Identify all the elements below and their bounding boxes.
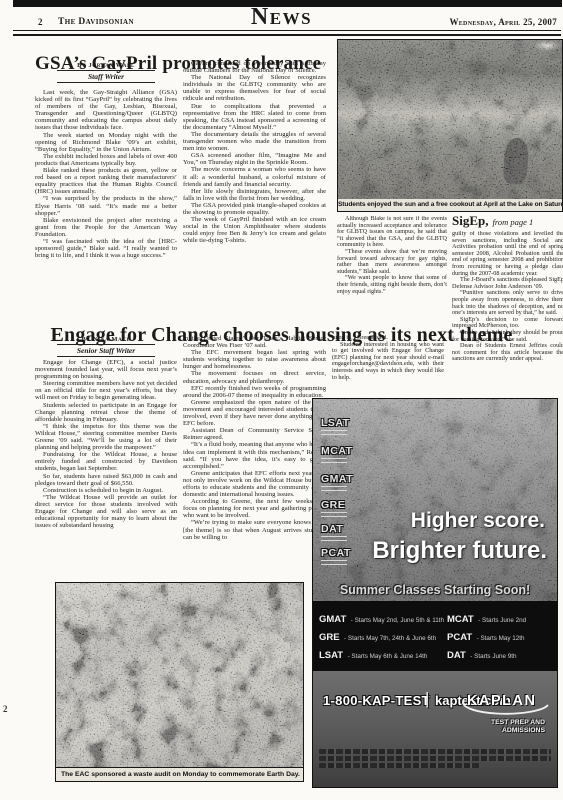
paragraph: Fundraising for the Wildcat House, a hou… bbox=[35, 451, 177, 472]
ad-banner: Summer Classes Starting Soon! bbox=[313, 579, 557, 601]
paragraph: Greene anticipates that EFC efforts next… bbox=[183, 470, 326, 498]
paragraph: Students selected to participate in an E… bbox=[35, 402, 177, 423]
paragraph: The EFC movement began last spring with … bbox=[183, 349, 326, 370]
ad-test-label: GMAT bbox=[321, 473, 353, 485]
paragraph: “I think the impetus for this theme was … bbox=[35, 423, 177, 451]
fine-print-line bbox=[319, 749, 551, 754]
issue-date: Wednesday, April 25, 2007 bbox=[449, 17, 557, 27]
sigep-column: guilty of those violations and levelled … bbox=[452, 231, 563, 395]
engage-byline-name: By Nina Mace bbox=[35, 336, 177, 343]
byline-rule bbox=[57, 356, 155, 357]
kaplan-ad: LSAT MCAT GMAT GRE DAT PCAT Higher score… bbox=[312, 398, 558, 788]
ad-test-underline bbox=[321, 560, 347, 565]
schedule-test: GRE bbox=[319, 632, 340, 643]
paragraph: “We want people to know that some of the… bbox=[337, 275, 447, 295]
gsa-byline-name: By Jordan Wall bbox=[35, 62, 177, 69]
ad-test-lsat: LSAT bbox=[321, 417, 365, 435]
newspaper-page: 2 The Davidsonian News Wednesday, April … bbox=[0, 0, 563, 800]
ad-test-gmat: GMAT bbox=[321, 473, 365, 491]
schedule-test: DAT bbox=[447, 650, 466, 661]
paragraph: “Punitive sanctions only serve to drive … bbox=[452, 290, 563, 316]
paragraph: Greene emphasized the open nature of the… bbox=[183, 399, 326, 427]
engage-column-2: in the United States,” Our Town’s Habita… bbox=[183, 335, 326, 579]
schedule-dates: - Starts May 12th bbox=[477, 635, 525, 642]
eac-photo-caption: The EAC sponsored a waste audit on Monda… bbox=[56, 767, 303, 781]
paragraph: The exhibit included boxes and labels of… bbox=[35, 153, 177, 167]
eac-waste-audit-photo: The EAC sponsored a waste audit on Monda… bbox=[55, 582, 304, 782]
schedule-row: MCAT - Starts June 2nd bbox=[447, 609, 526, 627]
paragraph: Engage for Change (EFC), a social justic… bbox=[35, 359, 177, 380]
ad-test-underline bbox=[321, 536, 347, 541]
ad-test-label: LSAT bbox=[321, 417, 350, 429]
paragraph: According to Greene, the next few weeks … bbox=[183, 498, 326, 519]
photo-noise bbox=[56, 583, 303, 781]
paragraph: “These events show that we’re moving for… bbox=[337, 249, 447, 275]
lake-photo-caption: Students enjoyed the sun and a free cook… bbox=[337, 199, 563, 212]
paragraph: GSA screened another film, “Imagine Me a… bbox=[183, 152, 326, 166]
ad-test-label: MCAT bbox=[321, 445, 353, 457]
byline-rule bbox=[57, 70, 155, 71]
gsa-byline: By Jordan Wall Staff Writer bbox=[35, 62, 177, 84]
paragraph: The movement focuses on direct service, … bbox=[183, 370, 326, 384]
paragraph: “It’s a fluid body, meaning that anyone … bbox=[183, 441, 326, 469]
paragraph: Her life slowly disintegrates, however, … bbox=[183, 188, 326, 202]
ad-test-label: GRE bbox=[321, 499, 345, 511]
ad-tagline-line1: TEST PREP AND bbox=[491, 719, 545, 727]
ad-test-label: PCAT bbox=[321, 547, 351, 559]
paragraph: So far, students have raised $63,000 in … bbox=[35, 473, 177, 487]
engage-column-1: Engage for Change (EFC), a social justic… bbox=[35, 359, 177, 575]
schedule-row: DAT - Starts June 9th bbox=[447, 645, 516, 663]
byline-rule bbox=[57, 344, 155, 345]
paragraph: “I was fascinated with the idea of the [… bbox=[35, 238, 177, 259]
schedule-dates: - Starts May 6th & June 14th bbox=[348, 653, 428, 660]
byline-rule bbox=[57, 82, 155, 83]
ad-test-underline bbox=[321, 458, 347, 463]
fine-print-line bbox=[319, 763, 481, 768]
kaplan-wordmark: KAPLAN bbox=[467, 693, 536, 709]
schedule-dates: - Starts May 2nd, June 5th & 11th bbox=[351, 617, 444, 624]
schedule-test: MCAT bbox=[447, 614, 474, 625]
ad-test-underline bbox=[321, 486, 347, 491]
paragraph: The week started on Monday night with th… bbox=[35, 132, 177, 153]
ad-test-dat: DAT bbox=[321, 523, 365, 541]
ad-tagline: TEST PREP AND ADMISSIONS bbox=[491, 719, 545, 735]
engage-byline: By Nina Mace Senior Staff Writer bbox=[35, 336, 177, 358]
paragraph: The movie concerns a woman who seems to … bbox=[183, 166, 326, 187]
ad-headline-line2: Brighter future. bbox=[372, 537, 547, 565]
paragraph: Steering committee members have not yet … bbox=[35, 380, 177, 401]
paragraph: “We’re trying to make sure everyone know… bbox=[183, 519, 326, 540]
ad-headline-line1: Higher score. bbox=[411, 509, 545, 533]
engage-byline-role: Senior Staff Writer bbox=[35, 346, 177, 355]
ad-test-underline bbox=[321, 512, 347, 517]
paragraph: Although Blake is not sure if the events… bbox=[337, 216, 447, 249]
paragraph: Blake ranked these products as green, ye… bbox=[35, 167, 177, 195]
ad-test-underline bbox=[321, 430, 347, 435]
kaplan-logo: KAPLAN bbox=[461, 690, 549, 716]
schedule-test: LSAT bbox=[319, 650, 343, 661]
paragraph: Students interested in housing who want … bbox=[332, 342, 444, 382]
paragraph: The National Day of Silence recognizes i… bbox=[183, 74, 326, 102]
paragraph: in the United States,” Our Town’s Habita… bbox=[183, 335, 326, 349]
ad-schedule-band: GMAT - Starts May 2nd, June 5th & 11th G… bbox=[313, 601, 557, 671]
paragraph: “I was surprised by the products in the … bbox=[35, 195, 177, 216]
ad-fine-print bbox=[319, 749, 551, 770]
ad-phone-number: 1-800-KAP-TEST bbox=[323, 693, 430, 708]
paragraph: GayPril continued on Wednesday with a di… bbox=[183, 60, 326, 74]
paragraph: Due to complications that prevented a re… bbox=[183, 103, 326, 131]
lake-cookout-photo bbox=[337, 39, 563, 201]
paragraph: Construction is scheduled to begin in Au… bbox=[35, 487, 177, 494]
sigep-slug: SigEp, from page 1 bbox=[452, 212, 563, 230]
schedule-dates: - Starts June 9th bbox=[470, 653, 516, 660]
ad-test-gre: GRE bbox=[321, 499, 365, 517]
paragraph: Assistant Dean of Community Service Stac… bbox=[183, 427, 326, 441]
sigep-continued-from: from page 1 bbox=[493, 217, 534, 227]
paragraph: Last week, the Gay-Straight Alliance (GS… bbox=[35, 89, 177, 132]
paragraph: Blake envisioned the project after recei… bbox=[35, 217, 177, 238]
schedule-test: GMAT bbox=[319, 614, 346, 625]
schedule-dates: - Starts June 2nd bbox=[478, 617, 526, 624]
schedule-test: PCAT bbox=[447, 632, 472, 643]
masthead-divider bbox=[13, 30, 561, 36]
gsa-byline-role: Staff Writer bbox=[35, 72, 177, 81]
photo-noise bbox=[338, 40, 562, 200]
gsa-column-1: Last week, the Gay-Straight Alliance (GS… bbox=[35, 89, 177, 311]
ad-contact-band: 1-800-KAP-TEST | kaptest.com KAPLAN TEST… bbox=[313, 671, 557, 787]
ad-test-pcat: PCAT bbox=[321, 547, 365, 565]
schedule-row: GRE - Starts May 7th, 24th & June 6th bbox=[319, 627, 436, 645]
paragraph: EFC recently finished two weeks of progr… bbox=[183, 385, 326, 399]
ad-test-mcat: MCAT bbox=[321, 445, 365, 463]
paragraph: The documentary details the struggles of… bbox=[183, 131, 326, 152]
fine-print-line bbox=[319, 756, 551, 761]
schedule-row: LSAT - Starts May 6th & June 14th bbox=[319, 645, 427, 663]
paragraph: guilty of those violations and levelled … bbox=[452, 231, 563, 277]
gsa-column-2: GayPril continued on Wednesday with a di… bbox=[183, 60, 326, 314]
ad-tagline-line2: ADMISSIONS bbox=[491, 727, 545, 735]
ad-separator: | bbox=[425, 689, 429, 709]
paragraph: The GSA provided pink triangle-shaped co… bbox=[183, 202, 326, 216]
engage-column-3: jump in,” Greene said.Students intereste… bbox=[332, 335, 444, 393]
schedule-row: PCAT - Starts May 12th bbox=[447, 627, 525, 645]
paragraph: The week of GayPril finished with an ice… bbox=[183, 216, 326, 244]
schedule-dates: - Starts May 7th, 24th & June 6th bbox=[344, 635, 436, 642]
sigep-slug-title: SigEp, bbox=[452, 213, 489, 228]
schedule-row: GMAT - Starts May 2nd, June 5th & 11th bbox=[319, 609, 444, 627]
ad-test-label: DAT bbox=[321, 523, 343, 535]
footer-page-number: 2 bbox=[3, 704, 8, 714]
paragraph: “The Wildcat House will provide an outle… bbox=[35, 494, 177, 529]
